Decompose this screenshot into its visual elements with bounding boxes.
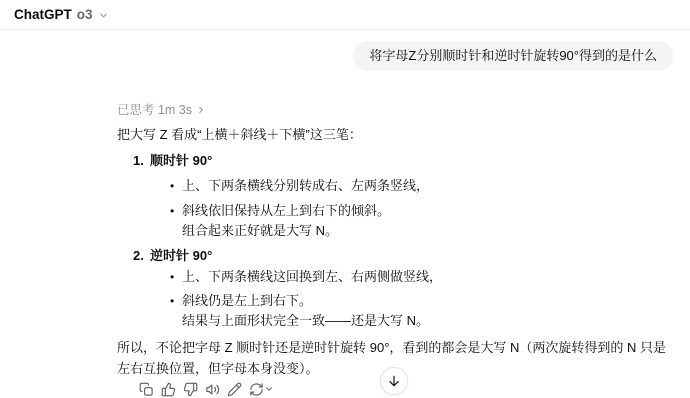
arrow-down-icon: [387, 374, 401, 388]
copy-button[interactable]: [138, 381, 155, 398]
bullet-text: 组合起来正好就是大写 N。: [182, 221, 673, 241]
thought-toggle[interactable]: 已思考 1m 3s: [117, 99, 206, 119]
ordered-item-title: 2. 逆时针 90°: [117, 246, 673, 266]
item-title: 逆时针 90°: [150, 246, 212, 266]
edit-pencil-icon: [227, 382, 242, 397]
bullet-marker: •: [170, 291, 182, 331]
thumbs-up-button[interactable]: [160, 381, 177, 398]
copy-icon: [139, 382, 154, 397]
top-bar: ChatGPT o3: [0, 0, 690, 30]
ordered-item-1: 1. 顺时针 90° • 上、下两条横线分别转成右、左两条竖线， • 斜线依旧保…: [117, 151, 673, 241]
thumbs-down-button[interactable]: [182, 381, 199, 398]
conversation-thread: 将字母Z分别顺时针和逆时针旋转90°得到的是什么 已思考 1m 3s 把大写 Z…: [0, 41, 690, 398]
thought-label: 已思考 1m 3s: [117, 100, 192, 118]
read-aloud-button[interactable]: [204, 381, 221, 398]
chevron-right-icon: [196, 105, 206, 115]
chevron-down-icon: [98, 10, 109, 21]
user-message-bubble: 将字母Z分别顺时针和逆时针旋转90°得到的是什么: [353, 41, 673, 71]
bullet-text: 斜线仍是左上到右下。: [182, 291, 673, 311]
bullet-marker: •: [170, 176, 182, 196]
read-aloud-icon: [205, 382, 220, 397]
regenerate-button[interactable]: [248, 381, 275, 398]
chevron-down-icon: [264, 384, 274, 394]
bullet-marker: •: [170, 201, 182, 241]
model-switcher[interactable]: ChatGPT o3: [14, 7, 109, 22]
thumbs-down-icon: [183, 382, 198, 397]
item-title: 顺时针 90°: [150, 151, 212, 171]
user-message-row: 将字母Z分别顺时针和逆时针旋转90°得到的是什么: [117, 41, 673, 71]
app-name: ChatGPT: [14, 7, 72, 22]
regenerate-icon: [249, 382, 264, 397]
bullet-text: 上、下两条横线分别转成右、左两条竖线，: [182, 176, 673, 196]
bullet-list: • 上、下两条横线分别转成右、左两条竖线， • 斜线依旧保持从左上到右下的倾斜。…: [117, 176, 673, 241]
intro-paragraph: 把大写 Z 看成“上横＋斜线＋下横”这三笔：: [117, 125, 673, 145]
bullet-marker: •: [170, 267, 182, 287]
ordered-item-title: 1. 顺时针 90°: [117, 151, 673, 171]
ordered-item-2: 2. 逆时针 90° • 上、下两条横线这回换到左、右两侧做竖线， • 斜线仍是…: [117, 246, 673, 331]
thumbs-up-icon: [161, 382, 176, 397]
bullet-text: 结果与上面形状完全一致——还是大写 N。: [182, 311, 673, 331]
bullet-list: • 上、下两条横线这回换到左、右两侧做竖线， • 斜线仍是左上到右下。 结果与上…: [117, 267, 673, 331]
list-item: • 上、下两条横线这回换到左、右两侧做竖线，: [170, 267, 673, 287]
item-number: 2.: [133, 246, 150, 266]
list-item: • 斜线仍是左上到右下。 结果与上面形状完全一致——还是大写 N。: [170, 291, 673, 331]
list-item: • 上、下两条横线分别转成右、左两条竖线，: [170, 176, 673, 196]
assistant-message: 已思考 1m 3s 把大写 Z 看成“上横＋斜线＋下横”这三笔： 1. 顺时针 …: [117, 99, 673, 398]
model-name: o3: [77, 7, 93, 22]
list-item: • 斜线依旧保持从左上到右下的倾斜。 组合起来正好就是大写 N。: [170, 201, 673, 241]
item-number: 1.: [133, 151, 150, 171]
scroll-to-bottom-button[interactable]: [380, 367, 408, 395]
bullet-text: 斜线依旧保持从左上到右下的倾斜。: [182, 201, 673, 221]
edit-button[interactable]: [226, 381, 243, 398]
bullet-text: 上、下两条横线这回换到左、右两侧做竖线，: [182, 267, 673, 287]
